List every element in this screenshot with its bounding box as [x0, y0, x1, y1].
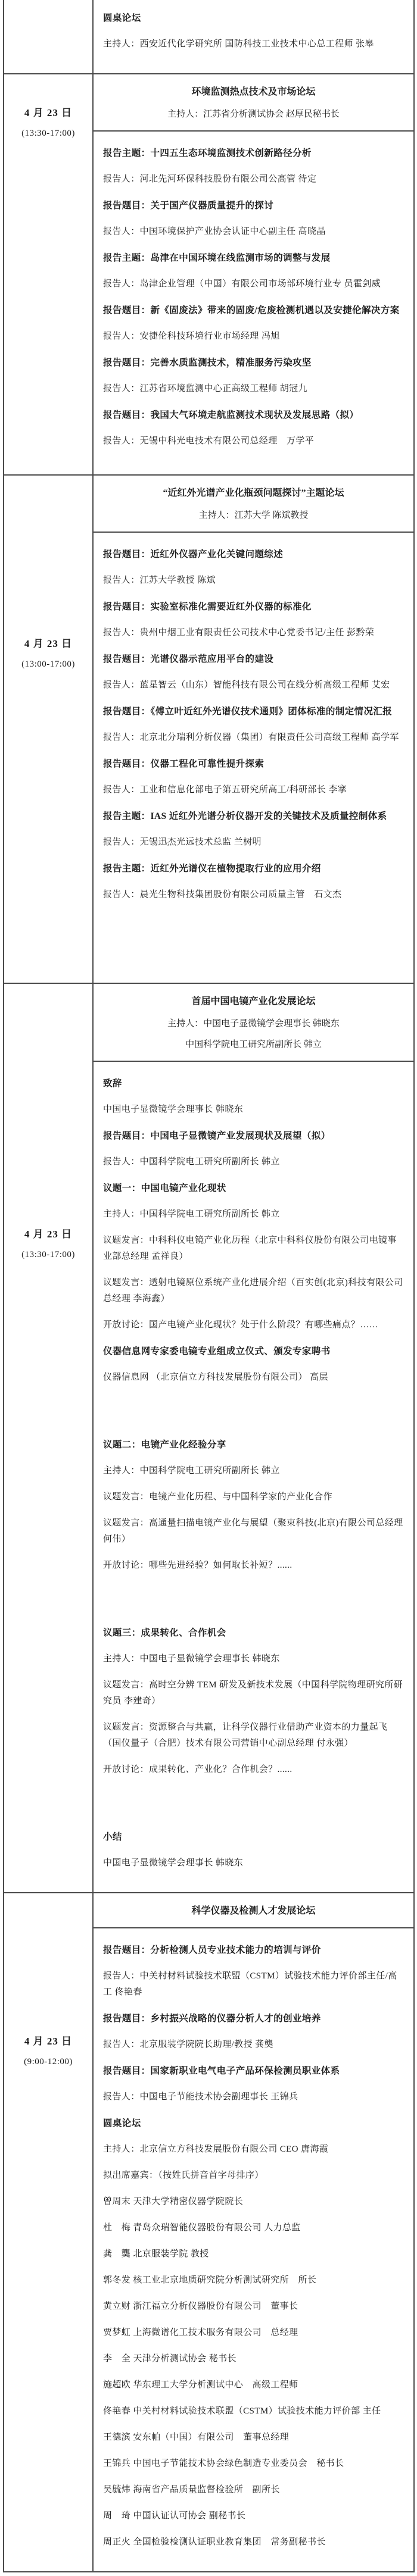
date-label: 4 月 23 日: [24, 104, 72, 119]
agenda-detail: 开放讨论：国产电镜产业化现状？处于什么阶段？有哪些痛点？……: [103, 1317, 405, 1333]
agenda-detail: 报告人：河北先河环保科技股份有限公司公高管 待定: [103, 171, 405, 187]
agenda-topic: 报告题目：国家新职业电气电子产品环保检测员职业体系: [103, 2063, 405, 2079]
agenda-detail: 议题发言：电镜产业化历程、与中国科学家的产业化合作: [103, 1489, 405, 1505]
agenda-detail: 报告人：贵州中烟工业有限责任公司技术中心党委书记/主任 彭黔荣: [103, 625, 405, 641]
time-label: (13:30-17:00): [21, 129, 75, 139]
forum-header: “近红外光谱产业化瓶颈问题探讨”主题论坛主持人：江苏大学 陈斌教授: [94, 476, 413, 533]
section-row: 4 月 23 日(13:00-17:00)“近红外光谱产业化瓶颈问题探讨”主题论…: [4, 474, 413, 983]
date-label: 4 月 23 日: [24, 2033, 72, 2047]
section-row: 4 月 23 日(9:00-12:00)科学仪器及检测人才发展论坛报告题目：分析…: [4, 1892, 413, 2571]
agenda-detail: 郭冬发 核工业北京地质研究院分析测试研究所 所长: [103, 2272, 405, 2289]
date-label: 4 月 23 日: [24, 635, 72, 650]
session-cell: 圆桌论坛主持人：西安近代化学研究所 国防科技工业技术中心总工程师 张皋: [94, 0, 413, 73]
session-body: 圆桌论坛主持人：西安近代化学研究所 国防科技工业技术中心总工程师 张皋: [94, 0, 413, 73]
agenda-detail: 仪器信息网 （北京信立方科技发展股份有限公司） 高层: [103, 1370, 405, 1386]
forum-header: 环境监测热点技术及市场论坛主持人：江苏省分析测试协会 赵厚民秘书长: [94, 74, 413, 132]
agenda-topic: 仪器信息网专家委电镜专业组成立仪式、颁发专家聘书: [103, 1343, 405, 1359]
agenda-topic: 报告题目：乡村振兴战略的仪器分析人才的创业培养: [103, 2011, 405, 2027]
agenda-topic: 议题三：成果转化、合作机会: [103, 1625, 405, 1641]
time-label: (13:30-17:00): [21, 1250, 75, 1260]
forum-header: 科学仪器及检测人才发展论坛: [94, 1893, 413, 1928]
agenda-topic: 报告题目：分析检测人员专业技术能力的培训与评价: [103, 1942, 405, 1958]
agenda-topic: 议题二：电镜产业化经验分享: [103, 1437, 405, 1453]
agenda-topic: 报告题目：实验室标准化需要近红外仪器的标准化: [103, 599, 405, 615]
agenda-detail: 贾梦虹 上海微谱化工技术服务有限公司 总经理: [103, 2325, 405, 2341]
agenda-detail: 施超欧 华东理工大学分析测试中心 高级工程师: [103, 2377, 405, 2393]
agenda-detail: 龚 龑 北京服装学院 教授: [103, 2246, 405, 2262]
date-cell: 4 月 23 日(13:00-17:00): [4, 476, 94, 983]
forum-host-line: 主持人：江苏大学 陈斌教授: [104, 508, 403, 521]
agenda-detail: 议题发言：高通量扫描电镜产业化与展望（聚束科技(北京)有限公司总经理 何伟）: [103, 1515, 405, 1548]
agenda-topic: 议题一：中国电镜产业化现状: [103, 1180, 405, 1196]
session-body: 致辞中国电子显微镜学会理事长 韩晓东报告题目：中国电子显微镜产业发展现状及展望（…: [94, 1062, 413, 1892]
date-label: 4 月 23 日: [24, 1226, 72, 1240]
agenda-table: 圆桌论坛主持人：西安近代化学研究所 国防科技工业技术中心总工程师 张皋4 月 2…: [3, 0, 415, 2572]
agenda-detail: 报告人：晨光生物科技集团股份有限公司质量主管 石文杰: [103, 887, 405, 903]
agenda-detail: 报告人：无锡中科光电技术有限公司总经理 万学平: [103, 433, 405, 449]
agenda-detail: 报告人：江苏省环境监测中心正高级工程师 胡冠九: [103, 381, 405, 397]
agenda-topic: 报告题目：新《固废法》带来的固废/危废检测机遇以及安捷伦解决方案: [103, 302, 405, 318]
forum-title: “近红外光谱产业化瓶颈问题探讨”主题论坛: [104, 485, 403, 499]
forum-header: 首届中国电镜产业化发展论坛主持人：中国电子显微镜学会理事长 韩晓东中国科学院电工…: [94, 984, 413, 1062]
agenda-topic: 报告题目：我国大气环境走航监测技术现状及发展思路（拟）: [103, 407, 405, 423]
forum-title: 科学仪器及检测人才发展论坛: [104, 1903, 403, 1917]
agenda-topic: 小结: [103, 1829, 405, 1845]
agenda-topic: 报告主题：近红外光谱仪在植物提取行业的应用介绍: [103, 861, 405, 877]
agenda-detail: 报告人：无锡迅杰光远技术总监 兰树明: [103, 834, 405, 851]
agenda-topic: 报告题目：光谱仪器示范应用平台的建设: [103, 651, 405, 667]
agenda-detail: 议题发言：透射电镜原位系统产业化进展介绍（百实创(北京)科技有限公司总经理 李海…: [103, 1275, 405, 1307]
forum-host-line: 中国科学院电工研究所副所长 韩立: [104, 1037, 403, 1050]
agenda-topic: 报告题目：中国电子显微镜产业发展现状及展望（拟）: [103, 1128, 405, 1144]
section-row: 4 月 23 日(13:30-17:00)环境监测热点技术及市场论坛主持人：江苏…: [4, 73, 413, 474]
agenda-topic: 致辞: [103, 1076, 405, 1092]
date-cell: 4 月 23 日(13:30-17:00): [4, 74, 94, 474]
agenda-detail: 主持人：中国科学院电工研究所副所长 韩立: [103, 1463, 405, 1479]
forum-host-line: 主持人：中国电子显微镜学会理事长 韩晓东: [104, 1017, 403, 1029]
agenda-topic: 圆桌论坛: [103, 2115, 405, 2131]
date-cell: 4 月 23 日(13:30-17:00): [4, 984, 94, 1892]
session-body: 报告题目：近红外仪器产业化关键问题综述报告人：江苏大学教授 陈斌报告题目：实验室…: [94, 533, 413, 924]
agenda-detail: 主持人：北京信立方科技发展股份有限公司 CEO 唐海霞: [103, 2142, 405, 2158]
agenda-detail: 周 琦 中国认证认可协会 副秘书长: [103, 2508, 405, 2524]
time-label: (13:00-17:00): [21, 659, 75, 670]
agenda-detail: 报告人：江苏大学教授 陈斌: [103, 573, 405, 589]
agenda-detail: 报告人：中国科学院电工研究所副所长 韩立: [103, 1154, 405, 1170]
agenda-topic: 圆桌论坛: [103, 10, 405, 26]
agenda-detail: 开放讨论：哪些先进经验？如何取长补短？......: [103, 1558, 405, 1574]
agenda-topic: 报告题目：仪器工程化可靠性提升探索: [103, 756, 405, 772]
agenda-detail: 报告人：中国电子节能技术协会副理事长 王锦兵: [103, 2089, 405, 2105]
agenda-detail: 王锦兵 中国电子节能技术协会绿色制造专业委员会 秘书长: [103, 2456, 405, 2472]
agenda-detail: 报告人：蓝星智云（山东）智能科技有限公司在线分析高级工程师 艾宏: [103, 677, 405, 693]
forum-title: 环境监测热点技术及市场论坛: [104, 84, 403, 98]
agenda-detail: 议题发言：资源整合与共赢，让科学仪器行业借助产业资本的力量起飞（国仪量子（合肥）…: [103, 1720, 405, 1752]
agenda-detail: 报告人：安捷伦科技环境行业市场经理 冯旭: [103, 329, 405, 345]
forum-host-line: 主持人：江苏省分析测试协会 赵厚民秘书长: [104, 107, 403, 120]
agenda-detail: 杜 梅 青岛众瑞智能仪器股份有限公司 人力总监: [103, 2220, 405, 2236]
agenda-topic: 报告主题：岛津在中国环境在线监测市场的调整与发展: [103, 250, 405, 266]
agenda-detail: 拟出席嘉宾：（按姓氏拼音首字母排序）: [103, 2168, 405, 2184]
section-row: 4 月 23 日(13:30-17:00)首届中国电镜产业化发展论坛主持人：中国…: [4, 983, 413, 1892]
date-cell: [4, 0, 94, 73]
agenda-detail: 议题发言：中科科仪电镜产业化历程（北京中科科仪股份有限公司电镜事业部总经理 孟祥…: [103, 1233, 405, 1265]
agenda-detail: 中国电子显微镜学会理事长 韩晓东: [103, 1855, 405, 1871]
session-cell: 首届中国电镜产业化发展论坛主持人：中国电子显微镜学会理事长 韩晓东中国科学院电工…: [94, 984, 413, 1892]
agenda-detail: 报告人：岛津企业管理（中国）有限公司市场部环境行业专 员霍剑威: [103, 276, 405, 292]
section-row: 圆桌论坛主持人：西安近代化学研究所 国防科技工业技术中心总工程师 张皋: [4, 0, 413, 73]
agenda-topic: 报告主题：十四五生态环境监测技术创新路径分析: [103, 145, 405, 161]
session-cell: “近红外光谱产业化瓶颈问题探讨”主题论坛主持人：江苏大学 陈斌教授报告题目：近红…: [94, 476, 413, 983]
agenda-topic: 报告题目：近红外仪器产业化关键问题综述: [103, 546, 405, 562]
agenda-detail: 主持人：西安近代化学研究所 国防科技工业技术中心总工程师 张皋: [103, 36, 405, 52]
agenda-topic: 报告题目：关于国产仪器质量提升的探讨: [103, 198, 405, 214]
agenda-detail: 吴毓炜 海南省产品质量监督检验所 副所长: [103, 2482, 405, 2498]
forum-title: 首届中国电镜产业化发展论坛: [104, 993, 403, 1007]
agenda-detail: 李 全 天津分析测试协会 秘书长: [103, 2351, 405, 2367]
session-body: 报告主题：十四五生态环境监测技术创新路径分析报告人：河北先河环保科技股份有限公司…: [94, 132, 413, 470]
agenda-page: 圆桌论坛主持人：西安近代化学研究所 国防科技工业技术中心总工程师 张皋4 月 2…: [0, 0, 417, 2576]
agenda-detail: 议题发言：高时空分辨 TEM 研发及新技术发展（中国科学院物理研究所研究员 李建…: [103, 1677, 405, 1709]
time-label: (9:00-12:00): [24, 2057, 73, 2067]
session-body: 报告题目：分析检测人员专业技术能力的培训与评价报告人：中关村材料试验技术联盟（C…: [94, 1928, 413, 2571]
agenda-detail: 开放讨论：成果转化、产业化？合作机会？......: [103, 1762, 405, 1778]
agenda-detail: 主持人：中国科学院电工研究所副所长 韩立: [103, 1206, 405, 1223]
agenda-detail: 主持人：中国电子显微镜学会理事长 韩晓东: [103, 1651, 405, 1667]
agenda-detail: 报告人：中关村材料试验技术联盟（CSTM）试验技术能力评价部主任/高工 佟艳春: [103, 1968, 405, 2000]
agenda-detail: 报告人：工业和信息化部电子第五研究所高工/科研部长 李搴: [103, 782, 405, 798]
agenda-detail: 报告人：北京服装学院院长助理/教授 龚龑: [103, 2037, 405, 2053]
agenda-topic: 报告题目：《傅立叶近红外光谱仪技术通则》团体标准的制定情况汇报: [103, 704, 405, 720]
agenda-detail: 中国电子显微镜学会理事长 韩晓东: [103, 1102, 405, 1118]
agenda-detail: 周正火 全国检验检测认证职业教育集团 常务副秘书长: [103, 2534, 405, 2550]
agenda-topic: 报告题目：完善水质监测技术，精准服务污染攻坚: [103, 355, 405, 371]
session-cell: 环境监测热点技术及市场论坛主持人：江苏省分析测试协会 赵厚民秘书长报告主题：十四…: [94, 74, 413, 474]
agenda-detail: 报告人：北京北分瑞利分析仪器（集团）有限责任公司高级工程师 高学军: [103, 730, 405, 746]
agenda-detail: 报告人：中国环境保护产业协会认证中心副主任 高晓晶: [103, 224, 405, 240]
session-cell: 科学仪器及检测人才发展论坛报告题目：分析检测人员专业技术能力的培训与评价报告人：…: [94, 1893, 413, 2571]
date-cell: 4 月 23 日(9:00-12:00): [4, 1893, 94, 2571]
agenda-topic: 报告主题：IAS 近红外光谱分析仪器开发的关键技术及质量控制体系: [103, 808, 405, 824]
agenda-detail: 黄立财 浙江福立分析仪器股份有限公司 董事长: [103, 2299, 405, 2315]
agenda-detail: 曾周末 天津大学精密仪器学院院长: [103, 2194, 405, 2210]
agenda-detail: 王德滨 安东帕（中国）有限公司 董事总经理: [103, 2430, 405, 2446]
agenda-detail: 佟艳春 中关村材料试验技术联盟（CSTM）试验技术能力评价部 主任: [103, 2403, 405, 2419]
